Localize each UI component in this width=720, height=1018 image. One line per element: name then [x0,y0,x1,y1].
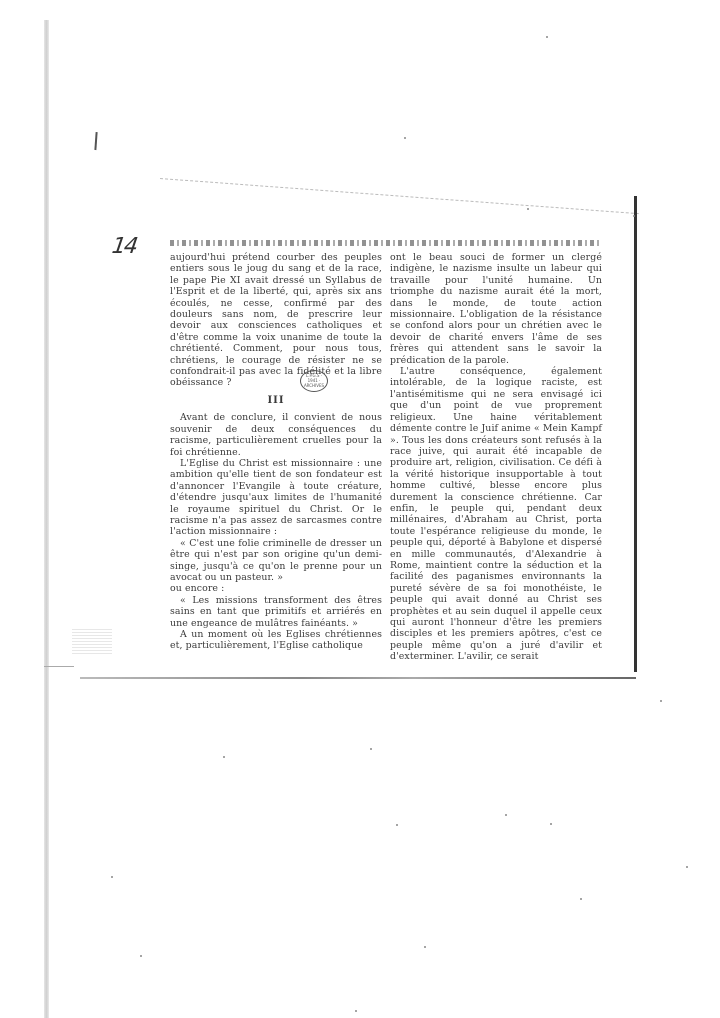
handwritten-page-number: 14 [110,234,138,259]
paragraph: L'Eglise du Christ est missionnaire : un… [170,458,382,538]
paragraph: « C'est une folie criminelle de dresser … [170,538,382,584]
clipping-right-edge [634,196,637,672]
scan-binding-edge [44,20,49,1018]
stamp-text: L.P.G.S · 1941 · ARCHIVES [304,373,324,388]
paragraph: A un moment où les Eglises chrétiennes e… [170,629,382,652]
clipping-top-edge [160,178,639,215]
archive-stamp: L.P.G.S · 1941 · ARCHIVES [300,370,328,392]
left-column: aujourd'hui prétend courber des peuples … [170,252,382,652]
pen-mark [94,132,97,150]
faded-print-block [72,628,112,654]
paragraph: L'autre conséquence, également intolérab… [390,366,602,663]
paragraph: ou encore : [170,583,382,594]
decorative-rule [170,240,602,246]
clipping-bottom-edge-stub [44,666,74,667]
clipping-bottom-edge [80,677,636,679]
newspaper-clipping: aujourd'hui prétend courber des peuples … [170,240,602,650]
section-heading: III [170,395,382,406]
right-column: ont le beau souci de former un clergé in… [390,252,602,663]
paragraph: Avant de conclure, il convient de nous s… [170,412,382,458]
paragraph: ont le beau souci de former un clergé in… [390,252,602,366]
paragraph: aujourd'hui prétend courber des peuples … [170,252,382,389]
paragraph: « Les missions transforment des êtres sa… [170,595,382,629]
